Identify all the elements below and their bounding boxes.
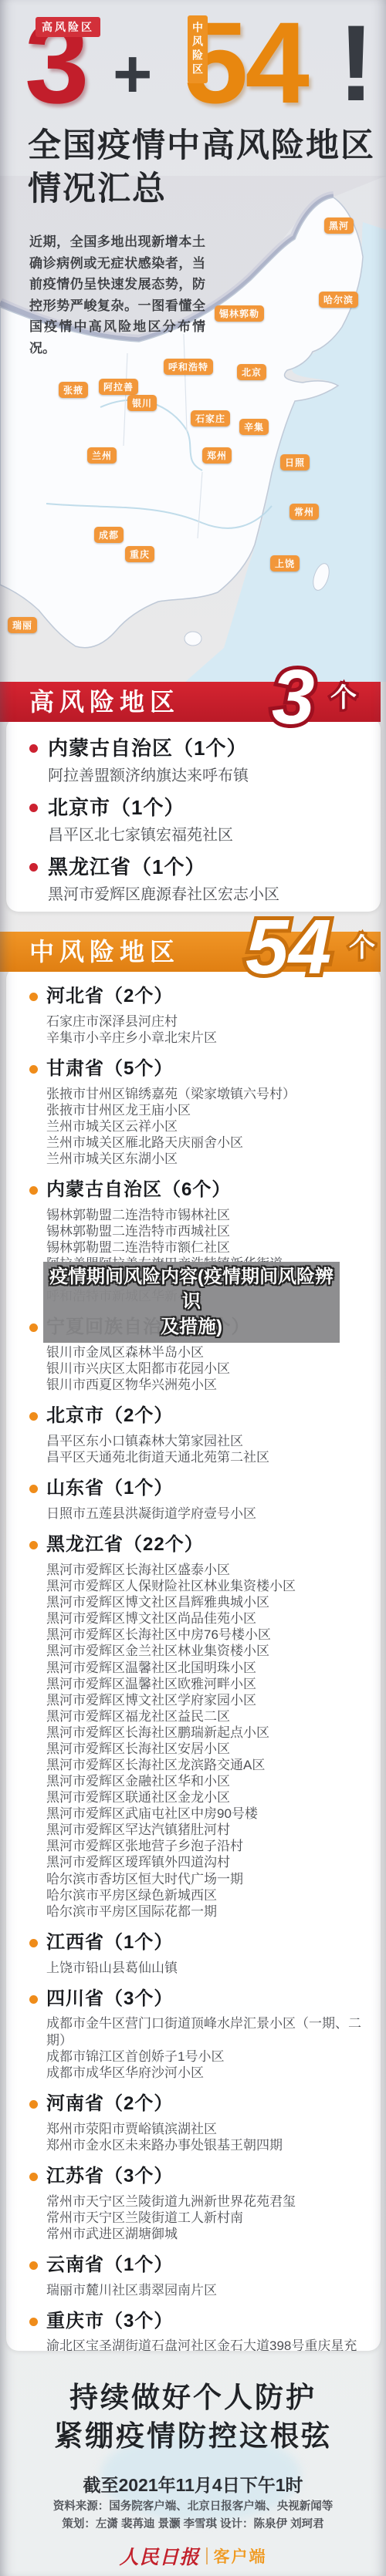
province-group: 内蒙古自治区（1个）阿拉善盟额济纳旗达来呼布镇	[29, 737, 362, 787]
province-name: 内蒙古自治区（1个）	[48, 737, 362, 760]
map-label-张掖: 张掖	[59, 382, 88, 398]
province-name: 重庆市（3个）	[46, 2311, 362, 2333]
risk-area-item: 黑河市爱辉区博文社区学府家园小区	[46, 1692, 362, 1708]
people-daily-logo: 人民日报	[119, 2542, 199, 2570]
province-group: 河北省（2个）石家庄市深泽县河庄村辛集市小辛庄乡小章北宋片区	[29, 986, 362, 1046]
page-title-line1: 全国疫情中高风险地区	[28, 125, 375, 168]
bullet-dot-icon	[29, 744, 38, 753]
logo-divider	[206, 2547, 208, 2564]
risk-area-item: 成都市成华区华府沙河小区	[46, 2065, 362, 2081]
footer-logo: 人民日报 客户端	[0, 2542, 386, 2570]
province-name: 江苏省（3个）	[46, 2166, 362, 2188]
risk-area-item: 昌平区北七家镇宏福苑社区	[48, 824, 362, 847]
risk-area-item: 成都市金牛区营门口街道顶峰水岸汇景小区（一期、二期）	[46, 2015, 362, 2048]
map-label-日照: 日照	[280, 454, 310, 470]
province-group: 黑龙江省（1个）黑河市爱辉区鹿源春社区宏志小区	[29, 856, 362, 906]
risk-area-item: 昌平区东小口镇森林大第家园社区	[46, 1433, 362, 1449]
bullet-dot-icon	[29, 1485, 38, 1493]
footer-source: 资料来源：国务院客户端、北京日报客户端、央视新闻等	[0, 2497, 386, 2514]
risk-area-item: 成都市锦江区首创娇子1号小区	[46, 2048, 362, 2065]
bullet-dot-icon	[29, 2173, 38, 2181]
mid-risk-banner-unit: 个 个	[349, 935, 375, 961]
risk-area-item: 锡林郭勒盟二连浩特市额仁社区	[46, 1239, 362, 1256]
risk-area-item: 渝北区宝圣湖街道石盘河社区金石大道398号重庆星充新能源科技有限公司办公区	[46, 2338, 362, 2351]
bullet-dot-icon	[29, 863, 38, 872]
province-group: 江西省（1个）上饶市铅山县葛仙山镇	[29, 1932, 362, 1976]
exclamation-mark: !	[338, 9, 374, 117]
bullet-dot-icon	[29, 993, 38, 1001]
risk-area-item: 黑河市爱辉区温馨社区欧雅河畔小区	[46, 1676, 362, 1692]
bullet-dot-icon	[29, 804, 38, 812]
province-name: 北京市（2个）	[46, 1405, 362, 1428]
risk-area-item: 黑河市爱辉区张地营子乡泡子沿村	[46, 1838, 362, 1854]
bullet-dot-icon	[29, 2100, 38, 2109]
risk-area-item: 辛集市小辛庄乡小章北宋片区	[46, 1030, 362, 1046]
risk-area-item: 常州市武进区湖塘御城	[46, 2226, 362, 2242]
risk-area-item: 银川市金凤区森林半岛小区	[46, 1344, 362, 1360]
high-risk-banner: 高风险地区 3 3 个 个	[0, 682, 381, 722]
risk-area-item: 黑河市爱辉区长海社区安居小区	[46, 1741, 362, 1757]
risk-area-item: 上饶市铅山县葛仙山镇	[46, 1960, 362, 1976]
map-label-哈尔滨: 哈尔滨	[319, 292, 358, 308]
risk-area-item: 瑞丽市麓川社区翡翠园南片区	[46, 2282, 362, 2298]
risk-area-item: 黑河市爱辉区金融社区华和小区	[46, 1773, 362, 1789]
province-name: 河南省（2个）	[46, 2093, 362, 2116]
risk-area-item: 阿拉善盟额济纳旗达来呼布镇	[48, 765, 362, 787]
province-group: 江苏省（3个）常州市天宁区兰陵街道九洲新世界花苑君玺常州市天宁区兰陵街道工人新村…	[29, 2166, 362, 2242]
mid-risk-card: 河北省（2个）石家庄市深泽县河庄村辛集市小辛庄乡小章北宋片区甘肃省（5个）张掖市…	[6, 967, 381, 2351]
province-items: 日照市五莲县洪凝街道学府壹号小区	[46, 1505, 362, 1522]
risk-area-item: 郑州市金水区未来路办事处银基王朝四期	[46, 2137, 362, 2153]
bullet-dot-icon	[29, 2318, 38, 2326]
province-group: 甘肃省（5个）张掖市甘州区锦绣嘉苑（梁家墩镇六号村）张掖市甘州区龙王庙小区兰州市…	[29, 1058, 362, 1167]
risk-area-item: 郑州市荥阳市贾峪镇滨湖社区	[46, 2121, 362, 2137]
map-label-石家庄: 石家庄	[191, 410, 230, 427]
province-group: 北京市（1个）昌平区北七家镇宏福苑社区	[29, 797, 362, 847]
province-name: 甘肃省（5个）	[46, 1058, 362, 1081]
province-group: 北京市（2个）昌平区东小口镇森林大第家园社区昌平区天通苑北街道天通北苑第二社区	[29, 1405, 362, 1465]
caption-overlay: 疫情期间风险内容(疫情期间风险辨识 及措施)	[43, 1262, 340, 1343]
province-items: 银川市金凤区森林半岛小区银川市兴庆区太阳都市花园小区银川市西夏区物华兴洲苑小区	[46, 1344, 362, 1393]
bullet-dot-icon	[29, 1323, 38, 1332]
risk-area-item: 黑河市爱辉区博文社区昌辉雅典城小区	[46, 1594, 362, 1610]
map-label-常州: 常州	[289, 504, 319, 520]
risk-area-item: 黑河市爱辉区长海社区盛泰小区	[46, 1562, 362, 1578]
risk-area-item: 黑河市爱辉区长海社区鹏瑞新起点小区	[46, 1725, 362, 1741]
province-items: 石家庄市深泽县河庄村辛集市小辛庄乡小章北宋片区	[46, 1013, 362, 1046]
map-label-银川: 银川	[127, 395, 157, 411]
bullet-dot-icon	[29, 1065, 38, 1074]
risk-area-item: 黑河市爱辉区福龙社区益民二区	[46, 1708, 362, 1725]
high-risk-card: 内蒙古自治区（1个）阿拉善盟额济纳旗达来呼布镇北京市（1个）昌平区北七家镇宏福苑…	[6, 717, 381, 912]
page-title: 全国疫情中高风险地区 情况汇总	[28, 125, 375, 211]
risk-area-item: 黑河市爱辉区人保财险社区林业集资楼小区	[46, 1578, 362, 1594]
province-group: 四川省（3个）成都市金牛区营门口街道顶峰水岸汇景小区（一期、二期）成都市锦江区首…	[29, 1988, 362, 2081]
risk-area-item: 常州市天宁区兰陵街道工人新村南	[46, 2210, 362, 2226]
caption-line1: 疫情期间风险内容(疫情期间风险辨识	[43, 1265, 340, 1315]
risk-area-item: 银川市西夏区物华兴洲苑小区	[46, 1377, 362, 1393]
province-name: 北京市（1个）	[48, 797, 362, 820]
risk-area-item: 黑河市爱辉区联通社区金龙小区	[46, 1789, 362, 1806]
logo-client-label: 客户端	[214, 2544, 267, 2568]
risk-area-item: 黑河市爱辉区金兰社区林业集资楼小区	[46, 1643, 362, 1659]
map-label-辛集: 辛集	[239, 419, 269, 435]
province-items: 瑞丽市麓川社区翡翠园南片区	[46, 2282, 362, 2298]
high-risk-list: 内蒙古自治区（1个）阿拉善盟额济纳旗达来呼布镇北京市（1个）昌平区北七家镇宏福苑…	[6, 717, 381, 906]
risk-area-item: 哈尔滨市平房区国际花都一期	[46, 1903, 362, 1920]
risk-area-item: 黑河市爱辉区罕达汽镇猪肚河村	[46, 1822, 362, 1838]
map-label-成都: 成都	[94, 527, 124, 543]
bullet-dot-icon	[29, 1995, 38, 2004]
province-items: 成都市金牛区营门口街道顶峰水岸汇景小区（一期、二期）成都市锦江区首创娇子1号小区…	[46, 2015, 362, 2080]
footer-slogan-line2: 紧绷疫情防控这根弦	[0, 2412, 386, 2454]
high-risk-banner-unit: 个 个	[330, 685, 357, 711]
count-fill: 54	[245, 904, 331, 990]
high-risk-banner-count: 3 3	[272, 659, 315, 736]
bullet-dot-icon	[29, 1412, 38, 1421]
mid-risk-banner: 中风险地区 54 54 个 个	[0, 932, 381, 972]
province-items: 张掖市甘州区锦绣嘉苑（梁家墩镇六号村）张掖市甘州区龙王庙小区兰州市城关区云祥小区…	[46, 1086, 362, 1167]
province-items: 阿拉善盟额济纳旗达来呼布镇	[48, 765, 362, 787]
bullet-dot-icon	[29, 1541, 38, 1549]
risk-area-item: 哈尔滨市平房区绿色新城西区	[46, 1887, 362, 1903]
province-items: 黑河市爱辉区长海社区盛泰小区黑河市爱辉区人保财险社区林业集资楼小区黑河市爱辉区博…	[46, 1562, 362, 1920]
risk-area-item: 日照市五莲县洪凝街道学府壹号小区	[46, 1505, 362, 1522]
risk-area-item: 兰州市城关区雁北路天庆丽舍小区	[46, 1135, 362, 1151]
mid-risk-banner-count: 54 54	[245, 909, 331, 986]
bullet-dot-icon	[29, 1186, 38, 1195]
province-items: 昌平区北七家镇宏福苑社区	[48, 824, 362, 847]
province-items: 常州市天宁区兰陵街道九洲新世界花苑君玺常州市天宁区兰陵街道工人新村南常州市武进区…	[46, 2193, 362, 2242]
unit-fill: 个	[349, 933, 375, 963]
footer-slogan-line1: 持续做好个人防护	[0, 2374, 386, 2416]
count-fill: 3	[272, 654, 315, 740]
risk-area-item: 黑河市爱辉区长海社区龙滨路交通A区	[46, 1757, 362, 1773]
map-label-呼和浩特: 呼和浩特	[164, 359, 213, 375]
page-title-line2: 情况汇总	[28, 168, 375, 211]
risk-area-item: 黑河市爱辉区长海社区中房76号楼小区	[46, 1627, 362, 1643]
footer-credits: 策划：左潇 裴苒迪 景灏 李雪琪 设计：陈泉伊 刘珂君	[0, 2515, 386, 2531]
risk-area-item: 兰州市城关区云祥小区	[46, 1118, 362, 1135]
province-name: 四川省（3个）	[46, 1988, 362, 2011]
bullet-dot-icon	[29, 2261, 38, 2270]
map-label-郑州: 郑州	[202, 447, 232, 464]
province-name: 山东省（1个）	[46, 1478, 362, 1500]
bullet-dot-icon	[29, 1939, 38, 1947]
map-label-阿拉善: 阿拉善	[99, 379, 138, 395]
risk-area-item: 兰州市城关区东湖小区	[46, 1151, 362, 1167]
province-items: 渝北区宝圣湖街道石盘河社区金石大道398号重庆星充新能源科技有限公司办公区渝北区…	[46, 2338, 362, 2351]
map-label-兰州: 兰州	[87, 447, 117, 464]
risk-area-item: 常州市天宁区兰陵街道九洲新世界花苑君玺	[46, 2193, 362, 2210]
province-name: 云南省（1个）	[46, 2254, 362, 2277]
province-name: 内蒙古自治区（6个）	[46, 1179, 362, 1202]
risk-area-item: 昌平区天通苑北街道天通北苑第二社区	[46, 1449, 362, 1465]
map-label-重庆: 重庆	[125, 546, 154, 562]
province-group: 重庆市（3个）渝北区宝圣湖街道石盘河社区金石大道398号重庆星充新能源科技有限公…	[29, 2311, 362, 2351]
plus-sign: +	[113, 40, 152, 108]
risk-area-item: 黑河市爱辉区温馨社区北国明珠小区	[46, 1660, 362, 1676]
footer-deadline: 截至2021年11月4日下午1时	[0, 2471, 386, 2497]
map-label-北京: 北京	[237, 364, 266, 380]
province-group: 山东省（1个）日照市五莲县洪凝街道学府壹号小区	[29, 1478, 362, 1522]
province-items: 昌平区东小口镇森林大第家园社区昌平区天通苑北街道天通北苑第二社区	[46, 1433, 362, 1465]
province-group: 云南省（1个）瑞丽市麓川社区翡翠园南片区	[29, 2254, 362, 2298]
risk-area-item: 锡林郭勒盟二连浩特市西城社区	[46, 1223, 362, 1239]
mid-risk-tag: 中风险区	[188, 15, 208, 83]
risk-area-item: 银川市兴庆区太阳都市花园小区	[46, 1360, 362, 1377]
map-label-黑河: 黑河	[324, 217, 354, 234]
risk-area-item: 黑河市爱辉区武庙屯社区中房90号楼	[46, 1806, 362, 1822]
province-items: 黑河市爱辉区鹿源春社区宏志小区	[48, 884, 362, 906]
risk-area-item: 黑河市爱辉区鹿源春社区宏志小区	[48, 884, 362, 906]
province-group: 河南省（2个）郑州市荥阳市贾峪镇滨湖社区郑州市金水区未来路办事处银基王朝四期	[29, 2093, 362, 2153]
province-group: 黑龙江省（22个）黑河市爱辉区长海社区盛泰小区黑河市爱辉区人保财险社区林业集资楼…	[29, 1534, 362, 1920]
province-name: 黑龙江省（22个）	[46, 1534, 362, 1556]
high-risk-banner-title: 高风险地区	[29, 682, 180, 722]
map-label-瑞丽: 瑞丽	[8, 617, 37, 633]
province-items: 上饶市铅山县葛仙山镇	[46, 1960, 362, 1976]
risk-area-item: 哈尔滨市香坊区恒大时代广场一期	[46, 1871, 362, 1887]
mid-risk-banner-title: 中风险地区	[29, 932, 180, 972]
risk-area-item: 张掖市甘州区锦绣嘉苑（梁家墩镇六号村）	[46, 1086, 362, 1102]
map-label-上饶: 上饶	[270, 555, 300, 572]
high-risk-tag: 高风险区	[36, 17, 100, 37]
caption-line2: 及措施)	[161, 1315, 222, 1340]
risk-area-item: 黑河市爱辉区瑷珲镇外四道沟村	[46, 1854, 362, 1870]
mid-risk-list: 河北省（2个）石家庄市深泽县河庄村辛集市小辛庄乡小章北宋片区甘肃省（5个）张掖市…	[6, 967, 381, 2351]
risk-area-item: 锡林郭勒盟二连浩特市锡林社区	[46, 1207, 362, 1223]
intro-paragraph: 近期，全国多地出现新增本土确诊病例或无症状感染者，当前疫情仍呈快速发展态势，防控…	[29, 231, 205, 359]
risk-area-item: 石家庄市深泽县河庄村	[46, 1013, 362, 1030]
province-name: 黑龙江省（1个）	[48, 856, 362, 879]
unit-fill: 个	[330, 683, 357, 713]
province-name: 江西省（1个）	[46, 1932, 362, 1954]
infographic-page: 3 高风险区 + 54 中风险区 ! 全国疫情中高风险地区 情况汇总 黑河哈尔	[0, 0, 386, 2576]
map-label-锡林郭勒: 锡林郭勒	[215, 305, 264, 322]
risk-area-item: 张掖市甘州区龙王庙小区	[46, 1102, 362, 1118]
risk-area-item: 黑河市爱辉区博文社区尚品佳苑小区	[46, 1610, 362, 1627]
province-items: 郑州市荥阳市贾峪镇滨湖社区郑州市金水区未来路办事处银基王朝四期	[46, 2121, 362, 2153]
